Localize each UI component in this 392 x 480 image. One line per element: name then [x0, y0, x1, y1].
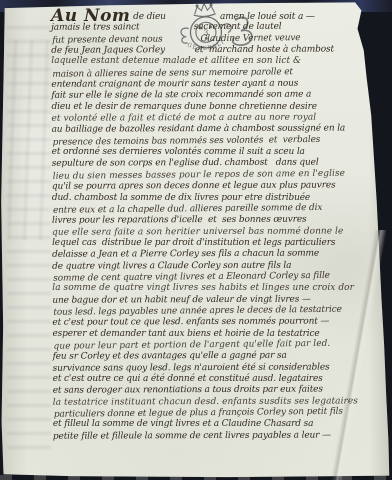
manuscript-line: et volonté elle a fait et dicté de mot a…: [52, 112, 380, 125]
photo-background-bottom-edge: [0, 475, 392, 480]
manuscript-line: et c'est outre ce qui a été donné et con…: [53, 374, 381, 385]
manuscript-line: que elle sera faite a son heritier unive…: [52, 226, 380, 239]
manuscript-text: Au Nom de dieu amen le loué soit a — jam…: [51, 10, 381, 442]
manuscript-line: lequel cas distribue le par droit d'inst…: [52, 238, 380, 249]
manuscript-line: et filleul la somme de vingt livres et a…: [53, 419, 381, 430]
manuscript-line: petite fille et filleule la somme de cen…: [53, 430, 381, 443]
manuscript-line: la somme de quatre vingt livres ses habi…: [52, 283, 380, 294]
manuscript-photo: { "document": { "opening": "Au Nom", "li…: [0, 0, 392, 480]
manuscript-line: et ordonné ses dernieres volontés comme …: [52, 147, 380, 158]
manuscript-line: survivance sans quoy lesd. legs n'auroie…: [53, 362, 381, 375]
manuscript-opening-words: Au Nom: [51, 6, 130, 26]
stamp-denomination: 3: [203, 28, 209, 37]
manuscript-line: fait sur elle le signe de la ste croix r…: [51, 90, 379, 103]
generalite-de-lyon-stamp-icon: 3 GENERALITE DE LYON: [146, 0, 276, 70]
manuscript-line: dieu et le desir de remarques dune bonne…: [51, 102, 379, 113]
